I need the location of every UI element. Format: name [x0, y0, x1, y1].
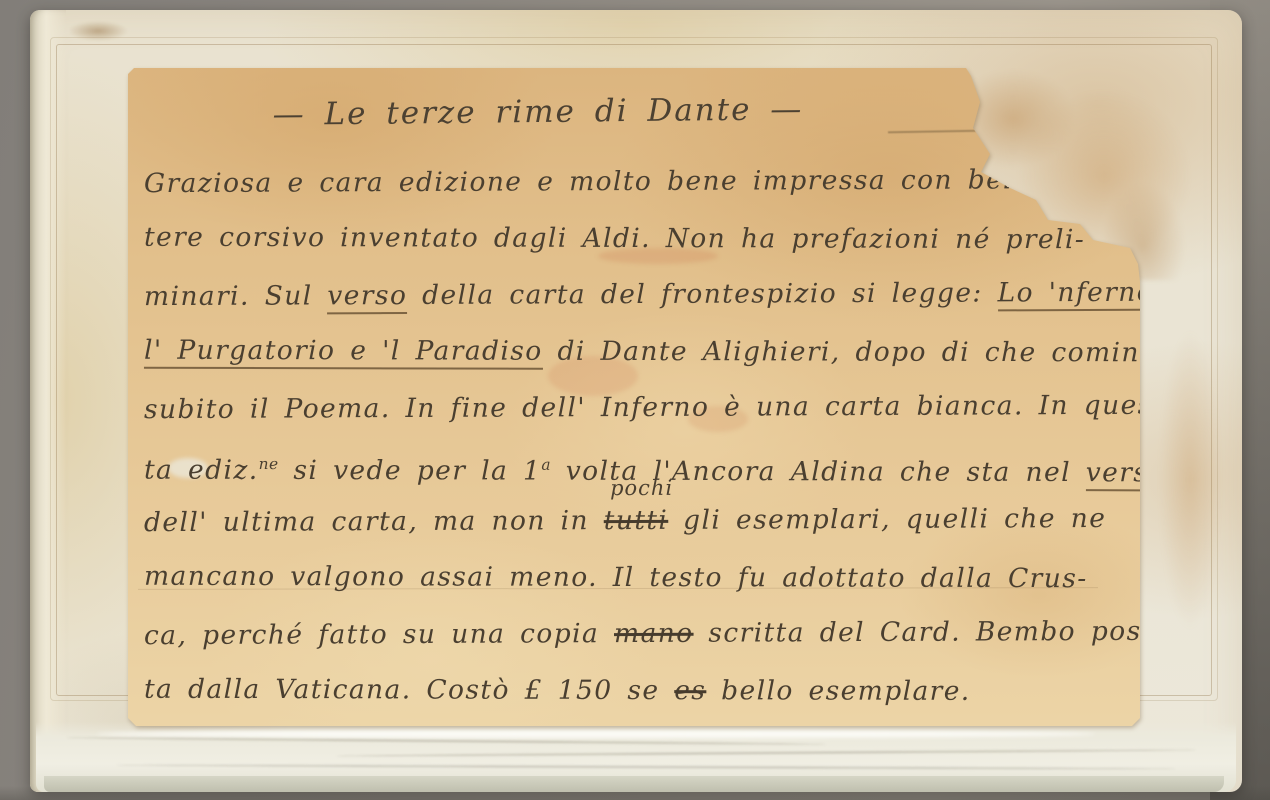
note-text-segment: tuttipochi: [604, 505, 669, 536]
title-flourish-line: [888, 129, 1038, 134]
vellum-wrinkle: [116, 764, 1176, 770]
note-text-segment: ta dalla Vaticana. Costò £ 150 se: [144, 673, 674, 705]
vellum-wrinkle: [66, 737, 826, 746]
note-line: ta dalla Vaticana. Costò £ 150 se es bel…: [144, 661, 1124, 720]
note-text-segment: a: [541, 455, 551, 473]
brown-stain-right-margin: [1150, 270, 1230, 690]
note-text-segment: bello esemplare.: [706, 675, 970, 707]
note-text-segment: della carta del frontespizio si legge:: [407, 277, 997, 311]
note-text-segment: dell' ultima carta, ma non in: [144, 505, 604, 538]
note-text-segment: verso: [327, 280, 407, 314]
note-line: dell' ultima carta, ma non in tuttipochi…: [144, 491, 1124, 552]
note-text-segment: ne: [259, 455, 279, 473]
book-page-edges: [44, 776, 1224, 792]
vellum-wrinkle-highlight: [96, 730, 1096, 738]
note-text-segment: tere corsivo inventato dagli Aldi. Non h…: [144, 221, 1085, 254]
note-line: mancano valgono assai meno. Il testo fu …: [144, 548, 1124, 607]
note-text-segment: minari. Sul: [144, 280, 328, 312]
vellum-wrinkle: [336, 749, 1196, 757]
inserted-correction: pochi: [610, 478, 673, 499]
note-line: minari. Sul verso della carta del fronte…: [144, 265, 1124, 326]
note-line: tere corsivo inventato dagli Aldi. Non h…: [144, 209, 1124, 268]
pasted-note: — Le terze rime di Dante — Graziosa e ca…: [128, 68, 1140, 726]
note-text-segment: mancano valgono assai meno. Il testo fu …: [144, 560, 1088, 593]
note-text-segment: ca, perché fatto su una copia: [144, 618, 614, 651]
note-text-segment: gli esemplari, quelli che ne: [668, 503, 1106, 536]
note-text-segment: si vede per la 1: [279, 454, 542, 486]
note-text-segment: Graziosa e cara edizione e molto bene im…: [144, 164, 1115, 199]
note-body: Graziosa e cara edizione e molto bene im…: [144, 154, 1124, 719]
note-text-segment: di Dante Alighieri, dopo di che comincia: [543, 335, 1184, 368]
book-cover: — Le terze rime di Dante — Graziosa e ca…: [30, 10, 1242, 792]
note-line: l' Purgatorio e 'l Paradiso di Dante Ali…: [144, 322, 1124, 381]
note-line: subito il Poema. In fine dell' Inferno è…: [144, 378, 1124, 439]
note-text-segment: ta ediz.: [144, 454, 259, 485]
pasted-note-shadow: — Le terze rime di Dante — Graziosa e ca…: [128, 68, 1140, 726]
note-line: Graziosa e cara edizione e molto bene im…: [144, 152, 1124, 213]
note-text-segment: mano: [614, 618, 694, 649]
cover-corner-damage: [70, 18, 140, 44]
note-text-segment: es: [674, 675, 706, 706]
note-text-segment: l' Purgatorio e 'l Paradiso: [144, 334, 543, 369]
note-line: ca, perché fatto su una copia mano scrit…: [144, 604, 1124, 665]
note-title: — Le terze rime di Dante —: [128, 90, 948, 135]
note-text-segment: subito il Poema. In fine dell' Inferno è…: [144, 390, 1163, 425]
